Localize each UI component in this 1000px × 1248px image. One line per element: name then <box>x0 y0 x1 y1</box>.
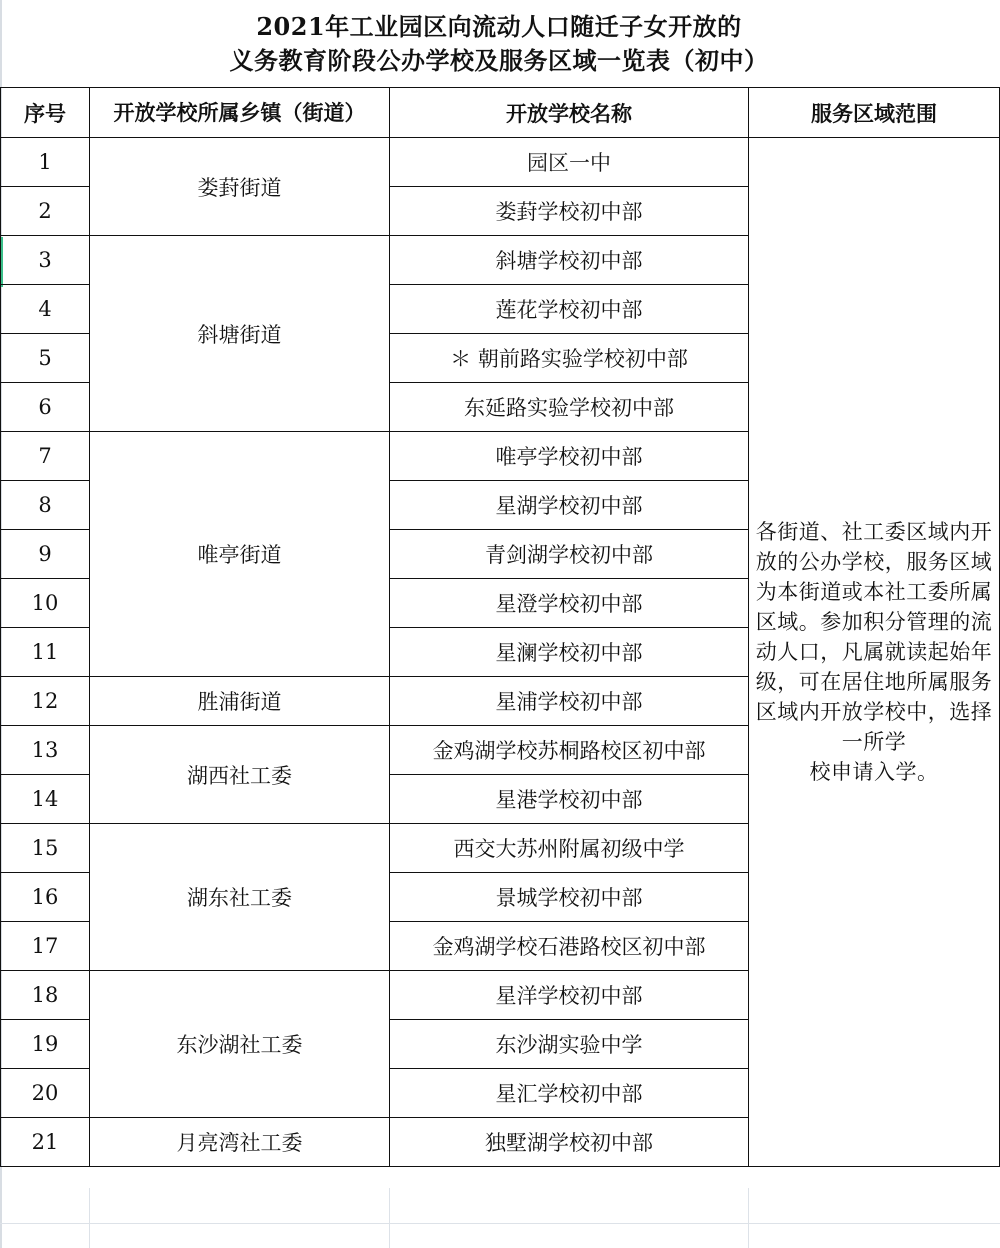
gridline <box>389 1188 390 1248</box>
school-name-cell[interactable]: 星汇学校初中部 <box>390 1069 749 1118</box>
row-number-cell[interactable]: 18 <box>1 971 90 1020</box>
table-row: 1娄葑街道园区一中各街道、社工委区域内开放的公办学校，服务区域为本街道或本社工委… <box>1 138 1000 187</box>
row-number-cell[interactable]: 20 <box>1 1069 90 1118</box>
row-number-cell[interactable]: 4 <box>1 285 90 334</box>
row-number-cell[interactable]: 9 <box>1 530 90 579</box>
row-number-cell[interactable]: 15 <box>1 824 90 873</box>
school-name-cell[interactable]: 星浦学校初中部 <box>390 677 749 726</box>
town-cell[interactable]: 斜塘街道 <box>90 236 390 432</box>
school-table: 序号 开放学校所属乡镇（街道） 开放学校名称 服务区域范围 1娄葑街道园区一中各… <box>0 87 1000 1167</box>
school-name-cell[interactable]: 东延路实验学校初中部 <box>390 383 749 432</box>
gridline <box>0 1223 1000 1224</box>
school-name-cell[interactable]: 东沙湖实验中学 <box>390 1020 749 1069</box>
header-no[interactable]: 序号 <box>1 88 90 138</box>
empty-grid-area <box>0 1188 1000 1248</box>
row-number-cell[interactable]: 3 <box>1 236 90 285</box>
school-name-cell[interactable]: 星洋学校初中部 <box>390 971 749 1020</box>
service-area-cell[interactable]: 各街道、社工委区域内开放的公办学校，服务区域为本街道或本社工委所属区域。参加积分… <box>749 138 1000 1167</box>
town-cell[interactable]: 胜浦街道 <box>90 677 390 726</box>
service-area-text: 各街道、社工委区域内开放的公办学校，服务区域为本街道或本社工委所属区域。参加积分… <box>756 520 993 754</box>
document-title: 2021年工业园区向流动人口随迁子女开放的 义务教育阶段公办学校及服务区域一览表… <box>0 0 998 88</box>
town-cell[interactable]: 湖西社工委 <box>90 726 390 824</box>
school-name-cell[interactable]: 莲花学校初中部 <box>390 285 749 334</box>
town-cell[interactable]: 娄葑街道 <box>90 138 390 236</box>
header-row: 序号 开放学校所属乡镇（街道） 开放学校名称 服务区域范围 <box>1 88 1000 138</box>
row-number-cell[interactable]: 1 <box>1 138 90 187</box>
row-number-cell[interactable]: 10 <box>1 579 90 628</box>
school-name-cell[interactable]: 星湖学校初中部 <box>390 481 749 530</box>
row-number-cell[interactable]: 19 <box>1 1020 90 1069</box>
school-name-cell[interactable]: 星港学校初中部 <box>390 775 749 824</box>
service-area-last-line: 校申请入学。 <box>749 757 999 787</box>
school-name-cell[interactable]: 独墅湖学校初中部 <box>390 1118 749 1167</box>
row-number-cell[interactable]: 5 <box>1 334 90 383</box>
town-cell[interactable]: 东沙湖社工委 <box>90 971 390 1118</box>
row-number-cell[interactable]: 12 <box>1 677 90 726</box>
row-number-cell[interactable]: 17 <box>1 922 90 971</box>
spreadsheet-sheet: 2021年工业园区向流动人口随迁子女开放的 义务教育阶段公办学校及服务区域一览表… <box>0 0 1000 1248</box>
row-number-cell[interactable]: 2 <box>1 187 90 236</box>
school-name-cell[interactable]: 景城学校初中部 <box>390 873 749 922</box>
row-number-cell[interactable]: 14 <box>1 775 90 824</box>
gridline <box>748 1188 749 1248</box>
row-number-cell[interactable]: 8 <box>1 481 90 530</box>
row-number-cell[interactable]: 16 <box>1 873 90 922</box>
town-cell[interactable]: 唯亭街道 <box>90 432 390 677</box>
row-number-cell[interactable]: 21 <box>1 1118 90 1167</box>
town-cell[interactable]: 月亮湾社工委 <box>90 1118 390 1167</box>
row-number-cell[interactable]: 13 <box>1 726 90 775</box>
row-number-cell[interactable]: 6 <box>1 383 90 432</box>
school-name-cell[interactable]: 唯亭学校初中部 <box>390 432 749 481</box>
school-name-cell[interactable]: 娄葑学校初中部 <box>390 187 749 236</box>
school-name-cell[interactable]: ＊ 朝前路实验学校初中部 <box>390 334 749 383</box>
header-school[interactable]: 开放学校名称 <box>390 88 749 138</box>
school-name-cell[interactable]: 星澜学校初中部 <box>390 628 749 677</box>
header-town[interactable]: 开放学校所属乡镇（街道） <box>90 88 390 138</box>
gridline <box>89 1188 90 1248</box>
school-name-cell[interactable]: 园区一中 <box>390 138 749 187</box>
school-name-cell[interactable]: 斜塘学校初中部 <box>390 236 749 285</box>
title-line-2: 义务教育阶段公办学校及服务区域一览表（初中） <box>0 44 998 78</box>
title-line-1: 2021年工业园区向流动人口随迁子女开放的 <box>0 10 998 44</box>
school-name-cell[interactable]: 金鸡湖学校苏桐路校区初中部 <box>390 726 749 775</box>
header-service[interactable]: 服务区域范围 <box>749 88 1000 138</box>
town-cell[interactable]: 湖东社工委 <box>90 824 390 971</box>
row-number-cell[interactable]: 7 <box>1 432 90 481</box>
school-name-cell[interactable]: 青剑湖学校初中部 <box>390 530 749 579</box>
school-name-cell[interactable]: 金鸡湖学校石港路校区初中部 <box>390 922 749 971</box>
school-name-cell[interactable]: 西交大苏州附属初级中学 <box>390 824 749 873</box>
school-name-cell[interactable]: 星澄学校初中部 <box>390 579 749 628</box>
row-number-cell[interactable]: 11 <box>1 628 90 677</box>
